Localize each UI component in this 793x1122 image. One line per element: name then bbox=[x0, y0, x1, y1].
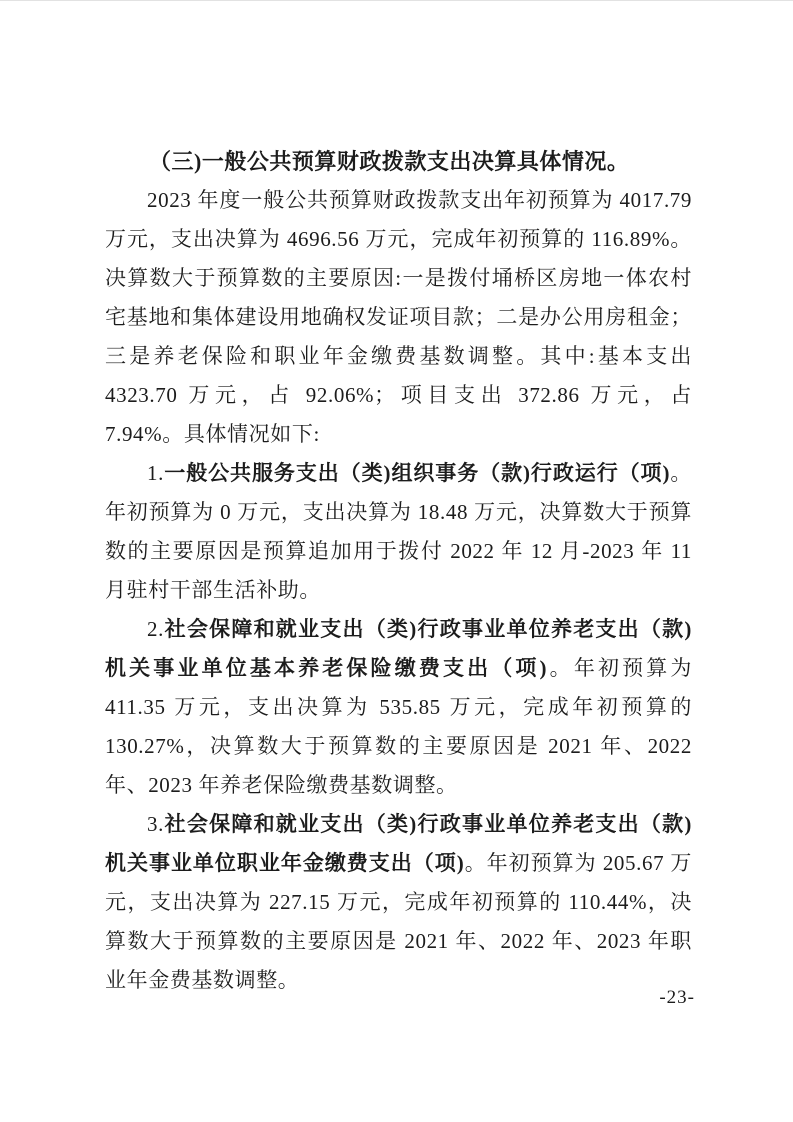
subsection-1-title: 一般公共服务支出（类)组织事务（款)行政运行（项) bbox=[164, 461, 670, 485]
subsection-paragraph-1: 1.一般公共服务支出（类)组织事务（款)行政运行（项)。年初预算为 0 万元，支… bbox=[105, 454, 692, 610]
subsection-2-number: 2. bbox=[147, 617, 164, 641]
subsection-paragraph-3: 3.社会保障和就业支出（类)行政事业单位养老支出（款)机关事业单位职业年金缴费支… bbox=[105, 805, 692, 1000]
subsection-paragraph-2: 2.社会保障和就业支出（类)行政事业单位养老支出（款)机关事业单位基本养老保险缴… bbox=[105, 610, 692, 805]
page-content: （三)一般公共预算财政拨款支出决算具体情况。 2023 年度一般公共预算财政拨款… bbox=[105, 142, 692, 1000]
document-page: （三)一般公共预算财政拨款支出决算具体情况。 2023 年度一般公共预算财政拨款… bbox=[0, 0, 793, 1122]
intro-paragraph: 2023 年度一般公共预算财政拨款支出年初预算为 4017.79 万元，支出决算… bbox=[105, 181, 692, 454]
subsection-1-number: 1. bbox=[147, 461, 164, 485]
page-number: -23- bbox=[659, 987, 695, 1009]
subsection-3-number: 3. bbox=[147, 812, 164, 836]
section-heading: （三)一般公共预算财政拨款支出决算具体情况。 bbox=[105, 142, 692, 181]
